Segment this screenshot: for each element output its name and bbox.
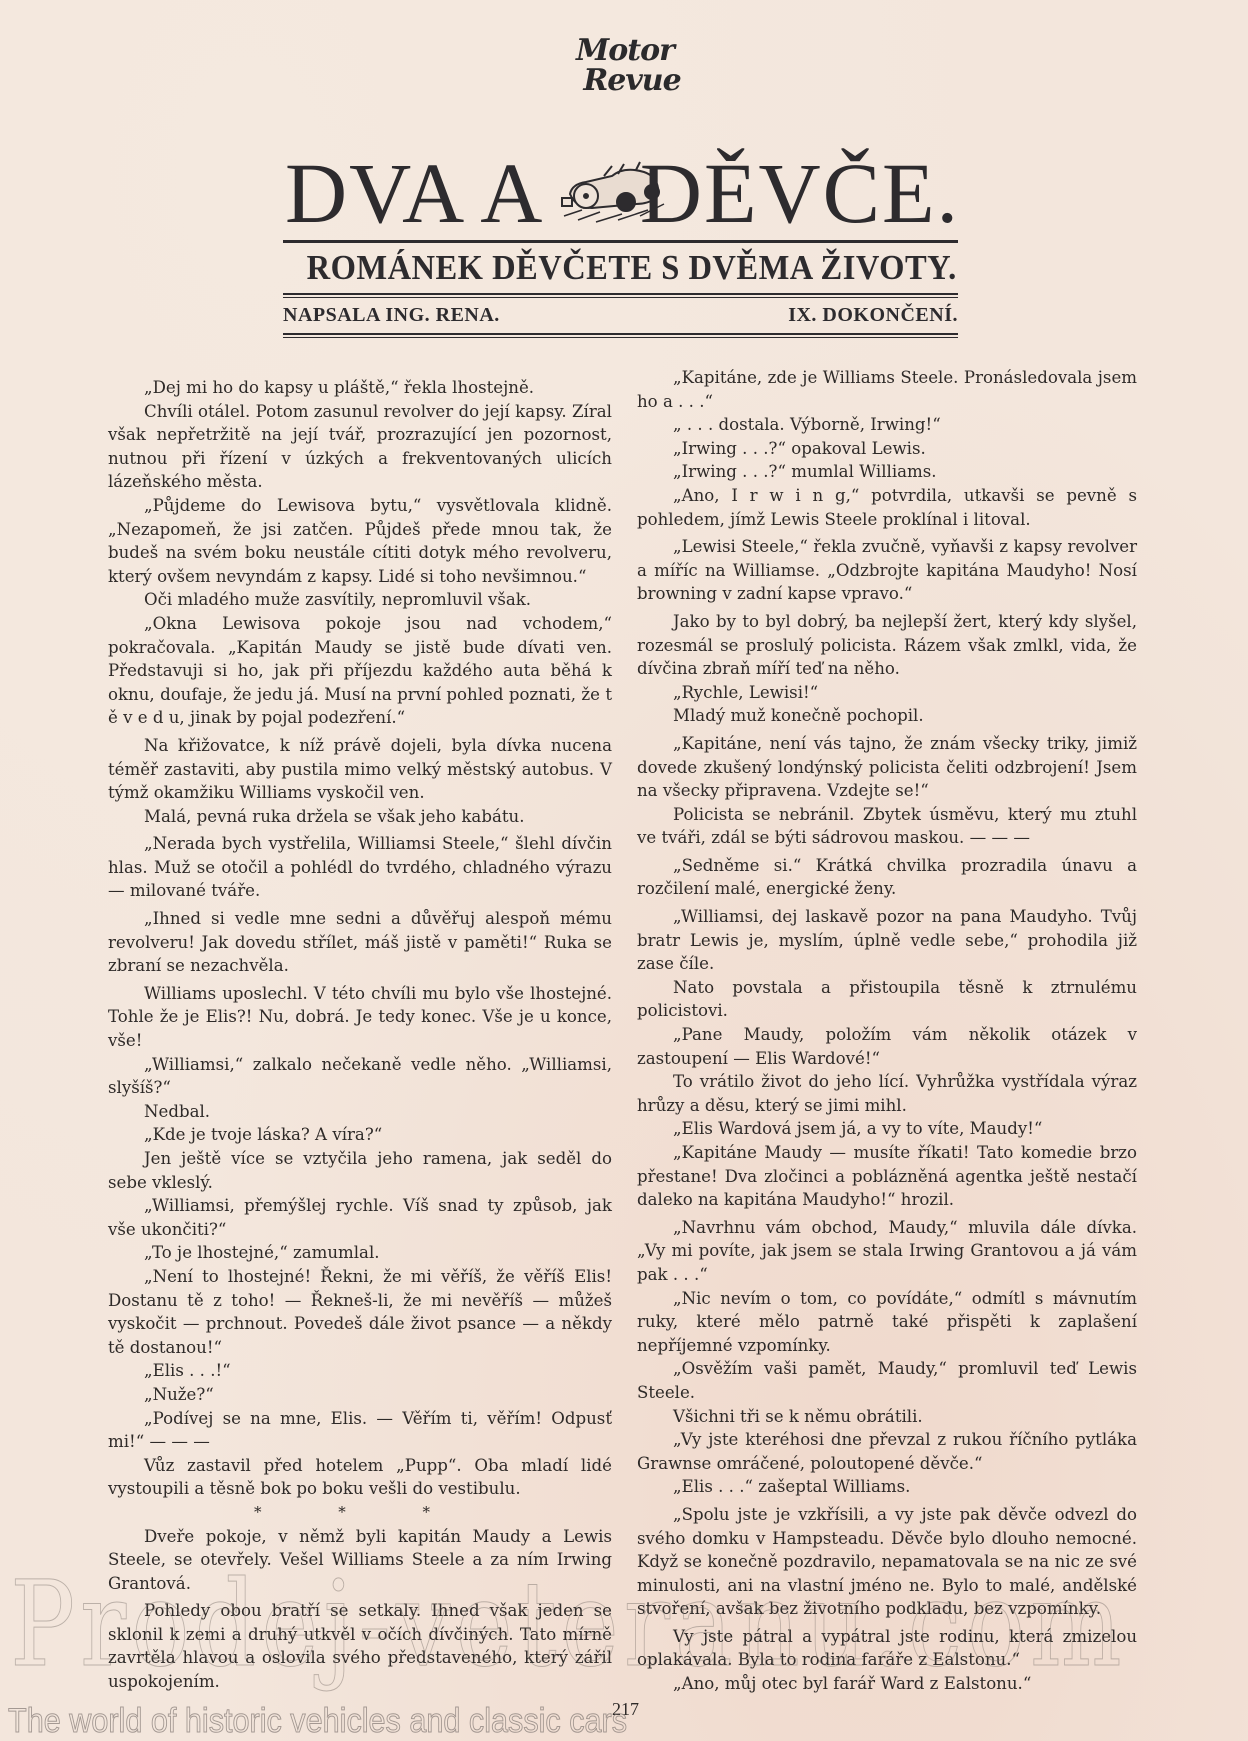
paragraph: „Nerada bych vystřelila, Williamsi Steel…: [108, 832, 612, 903]
paragraph: Pohledy obou bratří se setkaly. Ihned vš…: [108, 1599, 612, 1693]
paragraph: „Williamsi, přemýšlej rychle. Víš snad t…: [108, 1194, 612, 1241]
paragraph: Na křižovatce, k níž právě dojeli, byla …: [108, 734, 612, 805]
paragraph: „Irwing . . .?“ opakoval Lewis.: [637, 437, 1137, 461]
paragraph: Vůz zastavil před hotelem „Pupp“. Oba ml…: [108, 1454, 612, 1501]
paragraph: „Williamsi, dej laskavě pozor na pana Ma…: [637, 905, 1137, 976]
paragraph: „Sedněme si.“ Krátká chvilka prozradila …: [637, 854, 1137, 901]
paragraph: „Kapitáne Maudy — musíte říkati! Tato ko…: [637, 1141, 1137, 1212]
title-right: DĚVČE.: [640, 148, 960, 238]
paragraph: „Nic nevím o tom, co povídáte,“ odmítl s…: [637, 1287, 1137, 1358]
page-number: 217: [612, 1699, 639, 1720]
title-rule-top: [283, 240, 958, 243]
paragraph: „Navrhnu vám obchod, Maudy,“ mluvila dál…: [637, 1216, 1137, 1287]
paragraph: Vy jste pátral a vypátral jste rodinu, k…: [637, 1625, 1137, 1672]
section-break: * * *: [108, 1501, 612, 1525]
paragraph: „Osvěžím vaši pamět, Maudy,“ promluvil t…: [637, 1357, 1137, 1404]
paragraph: Malá, pevná ruka držela se však jeho kab…: [108, 805, 612, 829]
paragraph: „ . . . dostala. Výborně, Irwing!“: [637, 413, 1137, 437]
paragraph: Nedbal.: [108, 1100, 612, 1124]
watermark-tagline: The world of historic vehicles and class…: [8, 1702, 627, 1741]
paragraph: „Elis Wardová jsem já, a vy to víte, Mau…: [637, 1117, 1137, 1141]
paragraph: „Kapitáne, zde je Williams Steele. Proná…: [637, 366, 1137, 413]
paragraph: Williams uposlechl. V této chvíli mu byl…: [108, 982, 612, 1053]
paragraph: Dveře pokoje, v němž byli kapitán Maudy …: [108, 1525, 612, 1596]
paragraph: „Lewisi Steele,“ řekla zvučně, vyňavši z…: [637, 535, 1137, 606]
paragraph: Chvíli otálel. Potom zasunul revolver do…: [108, 400, 612, 494]
paragraph: „Dej mi ho do kapsy u pláště,“ řekla lho…: [108, 376, 612, 400]
subtitle-rule-2: [283, 297, 958, 298]
paragraph: Policista se nebránil. Zbytek úsměvu, kt…: [637, 803, 1137, 850]
paragraph: „Spolu jste je vzkřísili, a vy jste pak …: [637, 1503, 1137, 1621]
paragraph: „Podívej se na mne, Elis. — Věřím ti, vě…: [108, 1407, 612, 1454]
paragraph: „Vy jste kteréhosi dne převzal z rukou ř…: [637, 1428, 1137, 1475]
installment-label: IX. DOKONČENÍ.: [788, 303, 958, 327]
subtitle-rule-1: [283, 293, 958, 295]
paragraph: „Ano, I r w i n g,“ potvrdila, utkavši s…: [637, 484, 1137, 531]
paragraph: „Rychle, Lewisi!“: [637, 681, 1137, 705]
paragraph: „Není to lhostejné! Řekni, že mi věříš, …: [108, 1265, 612, 1359]
paragraph: „Půjdeme do Lewisova bytu,“ vysvětlovala…: [108, 494, 612, 588]
paragraph: „Williamsi,“ zalkalo nečekaně vedle něho…: [108, 1053, 612, 1100]
title-left: DVA A: [285, 148, 544, 238]
paragraph: „Elis . . .!“: [108, 1359, 612, 1383]
paragraph: „Ano, můj otec byl farář Ward z Ealstonu…: [637, 1672, 1137, 1696]
paragraph: Jen ještě více se vztyčila jeho ramena, …: [108, 1147, 612, 1194]
paragraph: Oči mladého muže zasvítily, nepromluvil …: [108, 588, 612, 612]
author-byline: NAPSALA ING. RENA.: [283, 303, 500, 327]
paragraph: „Okna Lewisova pokoje jsou nad vchodem,“…: [108, 612, 612, 730]
paragraph: „Irwing . . .?“ mumlal Williams.: [637, 460, 1137, 484]
paragraph: Mladý muž konečně pochopil.: [637, 704, 1137, 728]
paragraph: „Kde je tvoje láska? A víra?“: [108, 1123, 612, 1147]
magazine-page: Motor Revue DVA A DĚVČE. ROMÁNEK DĚVČETE…: [0, 0, 1248, 1741]
byline-rule-2: [283, 337, 958, 338]
paragraph: „To je lhostejné,“ zamumlal.: [108, 1241, 612, 1265]
logo-line-2: Revue: [574, 66, 690, 96]
paragraph: „Pane Maudy, položím vám několik otázek …: [637, 1023, 1137, 1070]
motor-revue-logo: Motor Revue: [560, 36, 690, 96]
paragraph: Všichni tři se k němu obrátili.: [637, 1405, 1137, 1429]
right-text-column: „Kapitáne, zde je Williams Steele. Proná…: [637, 366, 1137, 1696]
paragraph: „Kapitáne, není vás tajno, že znám všeck…: [637, 732, 1137, 803]
article-title: DVA A DĚVČE.: [285, 148, 960, 238]
paragraph: Nato povstala a přistoupila těsně k ztrn…: [637, 976, 1137, 1023]
paragraph: „Ihned si vedle mne sedni a důvěřuj ales…: [108, 907, 612, 978]
paragraph: „Nuže?“: [108, 1383, 612, 1407]
logo-line-1: Motor: [560, 36, 690, 66]
byline-rule-1: [283, 333, 958, 335]
paragraph: Jako by to byl dobrý, ba nejlepší žert, …: [637, 610, 1137, 681]
left-text-column: „Dej mi ho do kapsy u pláště,“ řekla lho…: [108, 376, 612, 1694]
paragraph: „Elis . . .“ zašeptal Williams.: [637, 1475, 1137, 1499]
paragraph: To vrátilo život do jeho lící. Vyhrůžka …: [637, 1070, 1137, 1117]
article-subtitle: ROMÁNEK DĚVČETE S DVĚMA ŽIVOTY.: [307, 248, 935, 288]
